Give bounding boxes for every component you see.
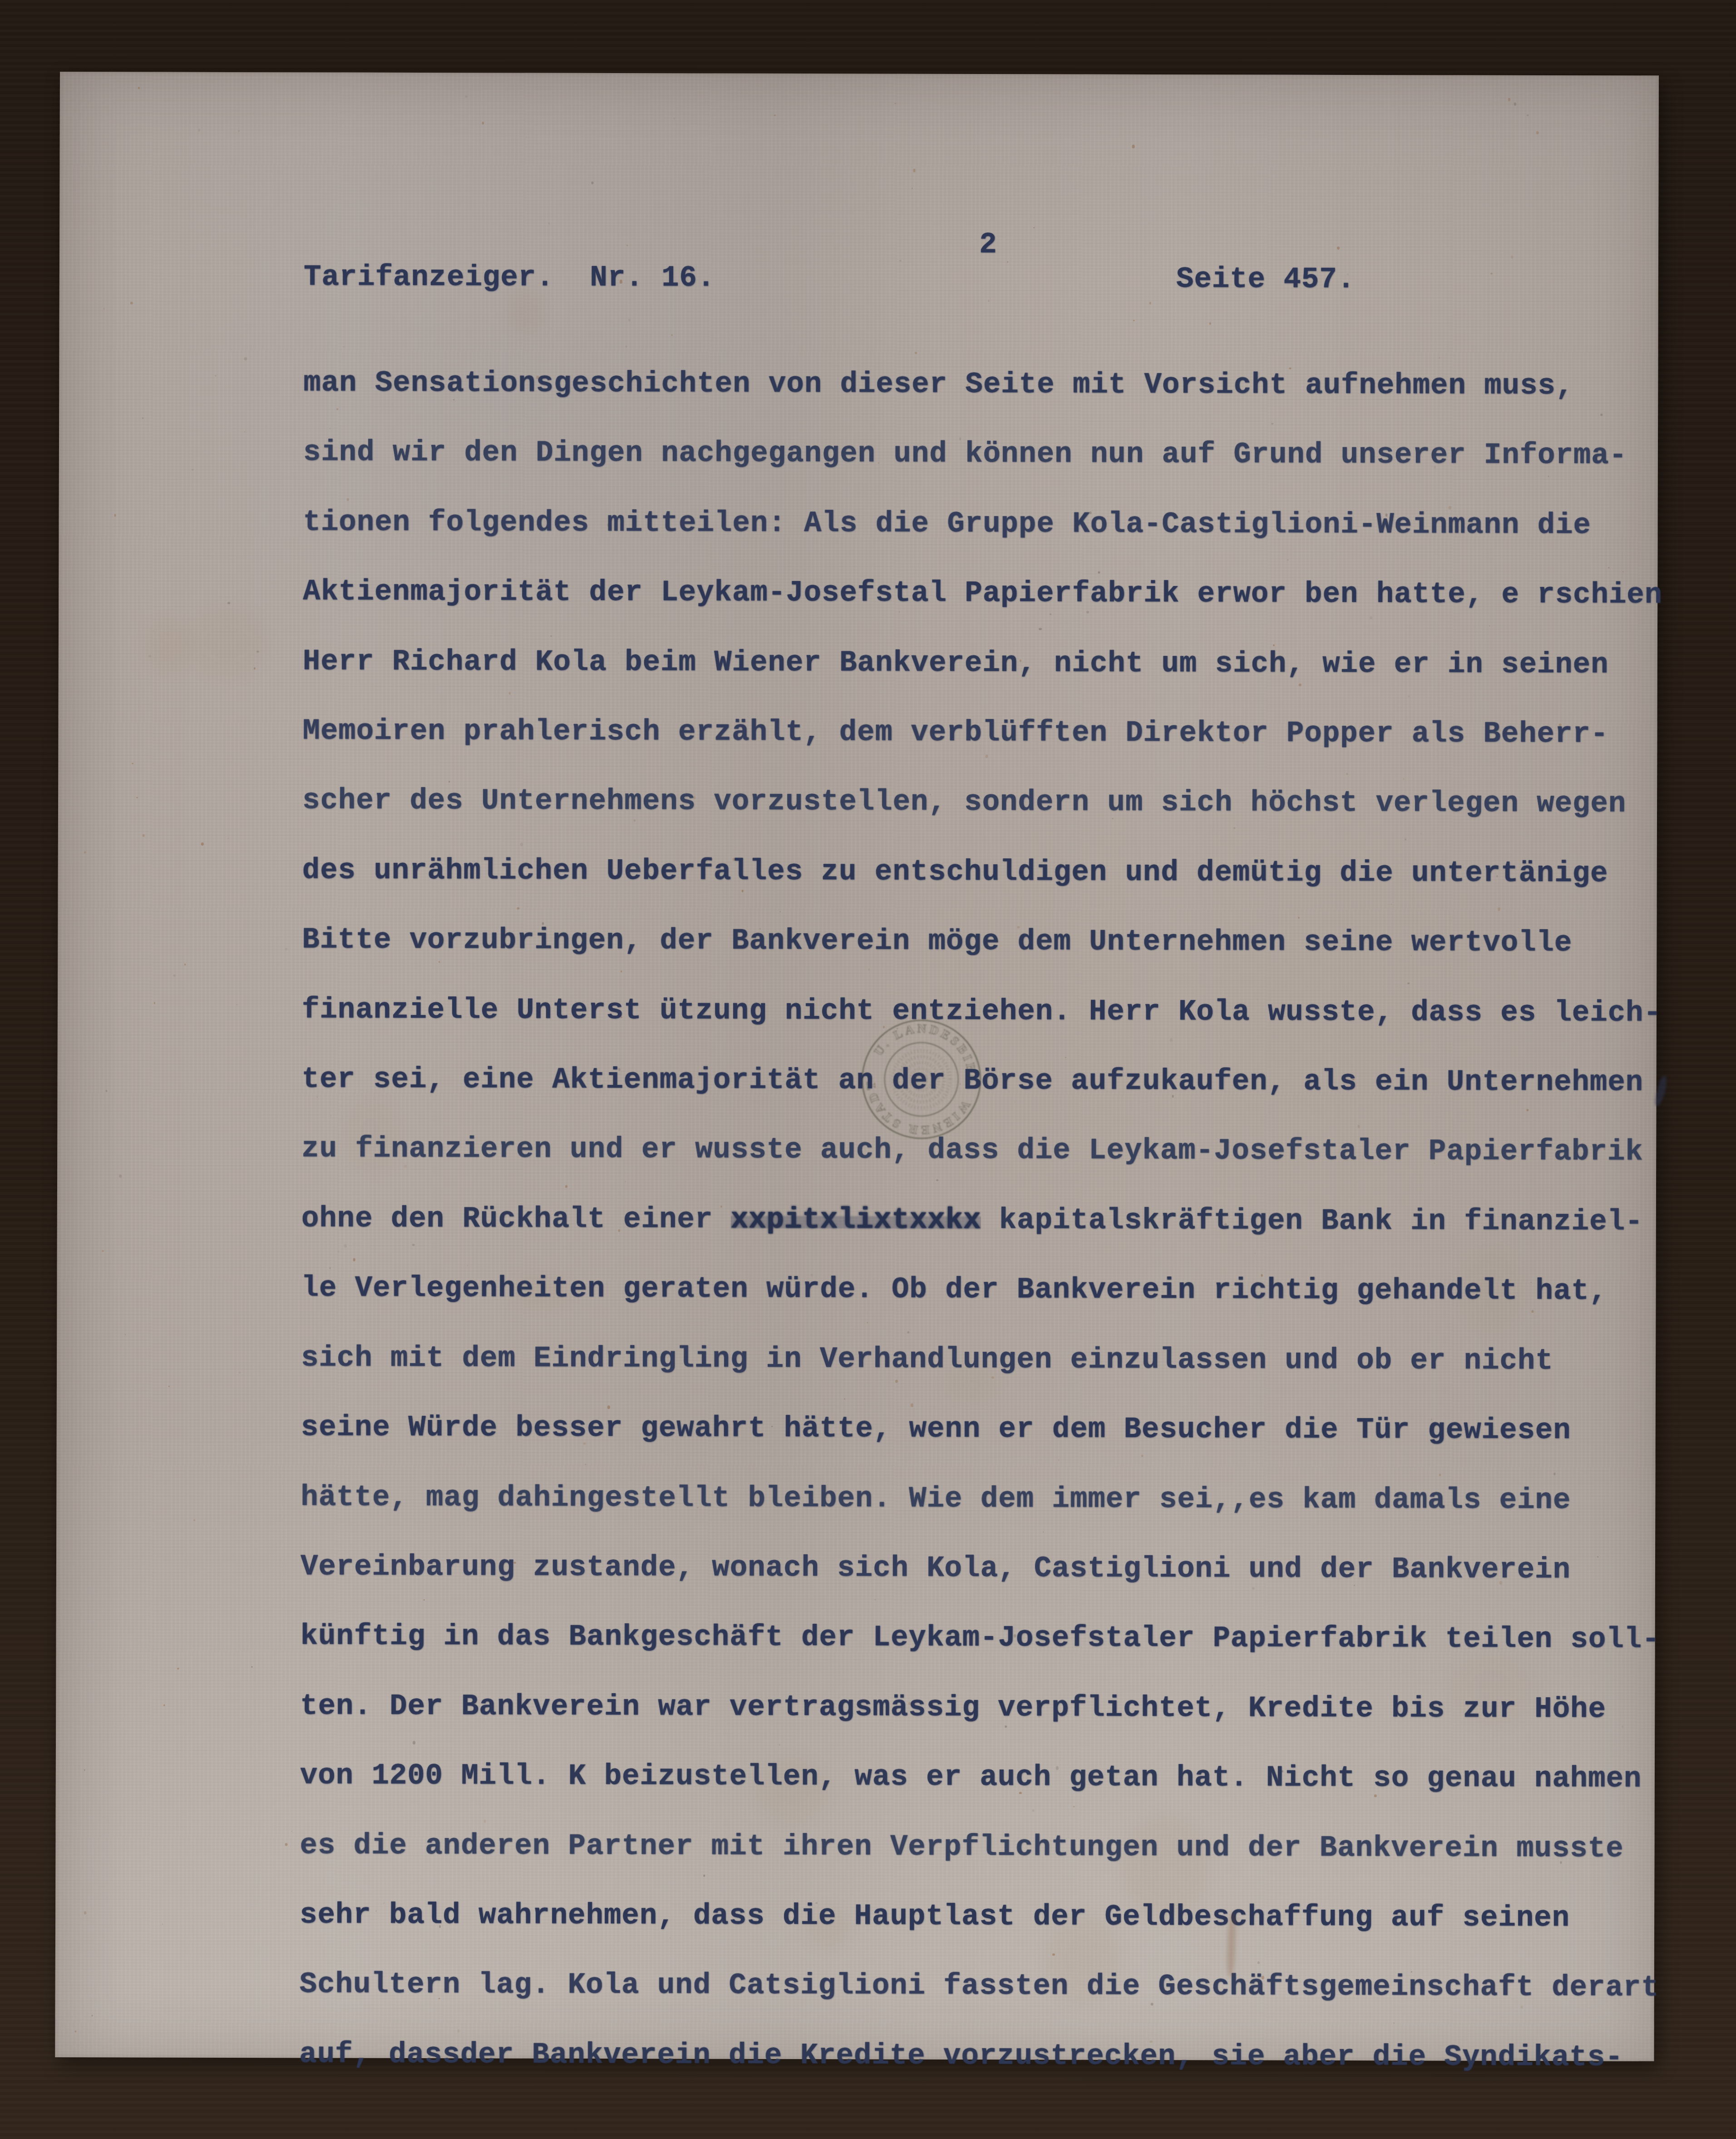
- text-line-5: Herr Richard Kola beim Wiener Bankverein…: [303, 627, 1662, 700]
- text-line-6: Memoiren prahlerisch erzählt, dem verblü…: [302, 697, 1662, 770]
- text-segment: Aktienmajorität der Leykam-Josefstal Pap…: [303, 576, 1662, 612]
- text-segment: künftig in das Bankgeschäft der Leykam-J…: [300, 1621, 1660, 1656]
- text-line-13: ohne den Rückhalt einer xxpitxlixtxxkx k…: [301, 1184, 1661, 1257]
- text-segment: le Verlegenheiten geraten würde. Ob der …: [301, 1272, 1607, 1308]
- text-segment: tionen folgendes mitteilen: Als die Grup…: [303, 506, 1591, 542]
- text-segment: sich mit dem Eindringling in Verhandlung…: [301, 1342, 1554, 1378]
- text-segment: auf, dassder Bankverein die Kredite vorz…: [299, 2038, 1623, 2074]
- text-line-18: Vereinbarung zustande, wonach sich Kola,…: [301, 1533, 1660, 1606]
- text-line-15: sich mit dem Eindringling in Verhandlung…: [301, 1324, 1661, 1397]
- text-segment: Herr Richard Kola beim Wiener Bankverein…: [303, 646, 1609, 681]
- text-segment: sehr bald wahrnehmen, dass die Hauptlast…: [300, 1899, 1570, 1935]
- photo-backdrop: U. LANDESBIBL. WIENER STADT 2 Tarifanzei…: [0, 0, 1736, 2139]
- text-segment: man Sensationsgeschichten von dieser Sei…: [303, 367, 1573, 403]
- text-line-24: Schultern lag. Kola und Catsiglioni fass…: [300, 1951, 1659, 2024]
- text-segment: von 1200 Mill. K beizustellen, was er au…: [300, 1759, 1642, 1795]
- text-segment: Vereinbarung zustande, wonach sich Kola,…: [301, 1551, 1571, 1587]
- text-segment: Schultern lag. Kola und Catsiglioni fass…: [300, 1969, 1659, 2005]
- text-segment: Memoiren prahlerisch erzählt, dem verblü…: [302, 715, 1608, 751]
- text-line-2: sind wir den Dingen nachgegangen und kön…: [303, 419, 1663, 492]
- document-page: U. LANDESBIBL. WIENER STADT 2 Tarifanzei…: [55, 72, 1659, 2061]
- text-segment: ter sei, eine Aktienmajorität an der Bör…: [301, 1063, 1643, 1099]
- text-line-17: hätte, mag dahingestellt bleiben. Wie de…: [301, 1463, 1660, 1536]
- text-line-14: le Verlegenheiten geraten würde. Ob der …: [301, 1254, 1661, 1327]
- text-segment: kapitalskräftigen Bank in finanziel-: [981, 1204, 1643, 1239]
- text-line-20: ten. Der Bankverein war vertragsmässig v…: [300, 1672, 1660, 1745]
- text-line-11: ter sei, eine Aktienmajorität an der Bör…: [301, 1045, 1661, 1118]
- page-number: 2: [979, 228, 997, 262]
- text-line-16: seine Würde besser gewahrt hätte, wenn e…: [301, 1393, 1661, 1466]
- text-segment: seine Würde besser gewahrt hätte, wenn e…: [301, 1411, 1571, 1447]
- text-segment: des unrähmlichen Ueberfalles zu entschul…: [302, 854, 1608, 890]
- text-segment: sind wir den Dingen nachgegangen und kön…: [303, 437, 1627, 473]
- text-segment: scher des Unternehmens vorzustellen, son…: [302, 785, 1626, 821]
- text-line-12: zu finanzieren und er wusste auch, dass …: [301, 1115, 1661, 1188]
- page-reference: Seite 457.: [1176, 262, 1355, 297]
- text-line-22: es die anderen Partner mit ihren Verpfli…: [300, 1811, 1659, 1884]
- text-line-8: des unrähmlichen Ueberfalles zu entschul…: [302, 836, 1662, 909]
- text-line-7: scher des Unternehmens vorzustellen, son…: [302, 767, 1662, 840]
- overstruck-word: xxpitxlixtxxkx: [730, 1203, 981, 1237]
- text-segment: es die anderen Partner mit ihren Verpfli…: [300, 1829, 1623, 1865]
- text-segment: ohne den Rückhalt einer: [301, 1203, 731, 1236]
- text-segment: Bitte vorzubringen, der Bankverein möge …: [302, 924, 1572, 960]
- text-line-10: finanzielle Unterst ützung nicht entzieh…: [302, 976, 1662, 1049]
- text-line-19: künftig in das Bankgeschäft der Leykam-J…: [300, 1602, 1660, 1676]
- text-line-9: Bitte vorzubringen, der Bankverein möge …: [302, 906, 1662, 979]
- text-line-25: auf, dassder Bankverein die Kredite vorz…: [299, 2020, 1659, 2093]
- text-segment: ten. Der Bankverein war vertragsmässig v…: [300, 1690, 1606, 1726]
- text-line-4: Aktienmajorität der Leykam-Josefstal Pap…: [303, 558, 1662, 631]
- text-line-21: von 1200 Mill. K beizustellen, was er au…: [300, 1741, 1660, 1814]
- text-line-23: sehr bald wahrnehmen, dass die Hauptlast…: [300, 1881, 1659, 1954]
- text-segment: finanzielle Unterst ützung nicht entzieh…: [302, 994, 1662, 1030]
- text-line-1: man Sensationsgeschichten von dieser Sei…: [303, 349, 1663, 422]
- typewritten-body: man Sensationsgeschichten von dieser Sei…: [299, 349, 1663, 2093]
- text-segment: hätte, mag dahingestellt bleiben. Wie de…: [301, 1481, 1571, 1517]
- text-line-3: tionen folgendes mitteilen: Als die Grup…: [303, 488, 1662, 561]
- text-segment: zu finanzieren und er wusste auch, dass …: [301, 1133, 1643, 1169]
- paper-speckles: [60, 72, 1659, 76]
- journal-title: Tarifanzeiger. Nr. 16.: [304, 260, 715, 296]
